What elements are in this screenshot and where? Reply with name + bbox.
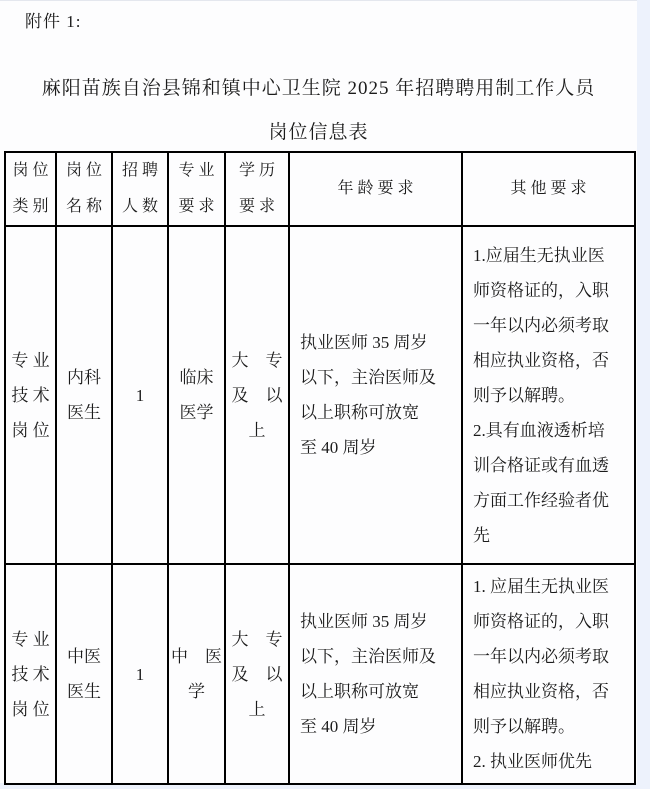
- column-header-position-category: 岗 位 类 别: [5, 152, 56, 226]
- title-line-1: 麻阳苗族自治县锦和镇中心卫生院 2025 年招聘聘用制工作人员: [0, 67, 637, 111]
- attachment-label: 附件 1:: [25, 7, 81, 32]
- cell-position-name: 内科 医生: [56, 226, 112, 564]
- table-header-row: 岗 位 类 别 岗 位 名 称 招 聘 人 数 专 业 要 求 学 历 要 求 …: [5, 152, 635, 226]
- cell-recruit-count: 1: [112, 564, 168, 784]
- cell-position-category: 专 业 技 术 岗 位: [5, 226, 56, 564]
- column-header-education-requirement: 学 历 要 求: [225, 152, 289, 226]
- cell-major-requirement: 临床 医学: [168, 226, 225, 564]
- cell-major-requirement: 中 医 学: [168, 564, 225, 784]
- cell-age-requirement: 执业医师 35 周岁 以下，主治医师及 以上职称可放宽 至 40 周岁: [289, 226, 462, 564]
- column-header-age-requirement: 年 龄 要 求: [289, 152, 462, 226]
- table-row: 专 业 技 术 岗 位 内科 医生 1 临床 医学 大 专 及 以 上 执业医师…: [5, 226, 635, 564]
- document-page: 附件 1: 麻阳苗族自治县锦和镇中心卫生院 2025 年招聘聘用制工作人员 岗位…: [0, 0, 637, 783]
- cell-education-requirement: 大 专 及 以 上: [225, 564, 289, 784]
- cell-recruit-count: 1: [112, 226, 168, 564]
- cell-other-requirement: 1. 应届生无执业医 师资格证的，入职 一年以内必须考取 相应执业资格，否 则予…: [462, 564, 635, 784]
- document-title: 麻阳苗族自治县锦和镇中心卫生院 2025 年招聘聘用制工作人员 岗位信息表: [0, 67, 637, 155]
- column-header-position-name: 岗 位 名 称: [56, 152, 112, 226]
- cell-position-name: 中医 医生: [56, 564, 112, 784]
- column-header-recruit-count: 招 聘 人 数: [112, 152, 168, 226]
- cell-position-category: 专 业 技 术 岗 位: [5, 564, 56, 784]
- job-info-table: 岗 位 类 别 岗 位 名 称 招 聘 人 数 专 业 要 求 学 历 要 求 …: [4, 151, 636, 785]
- column-header-major-requirement: 专 业 要 求: [168, 152, 225, 226]
- cell-age-requirement: 执业医师 35 周岁 以下，主治医师及 以上职称可放宽 至 40 周岁: [289, 564, 462, 784]
- table-row: 专 业 技 术 岗 位 中医 医生 1 中 医 学 大 专 及 以 上 执业医师…: [5, 564, 635, 784]
- cell-other-requirement: 1.应届生无执业医 师资格证的，入职 一年以内必须考取 相应执业资格，否 则予以…: [462, 226, 635, 564]
- cell-education-requirement: 大 专 及 以 上: [225, 226, 289, 564]
- title-line-2: 岗位信息表: [0, 111, 637, 155]
- column-header-other-requirement: 其 他 要 求: [462, 152, 635, 226]
